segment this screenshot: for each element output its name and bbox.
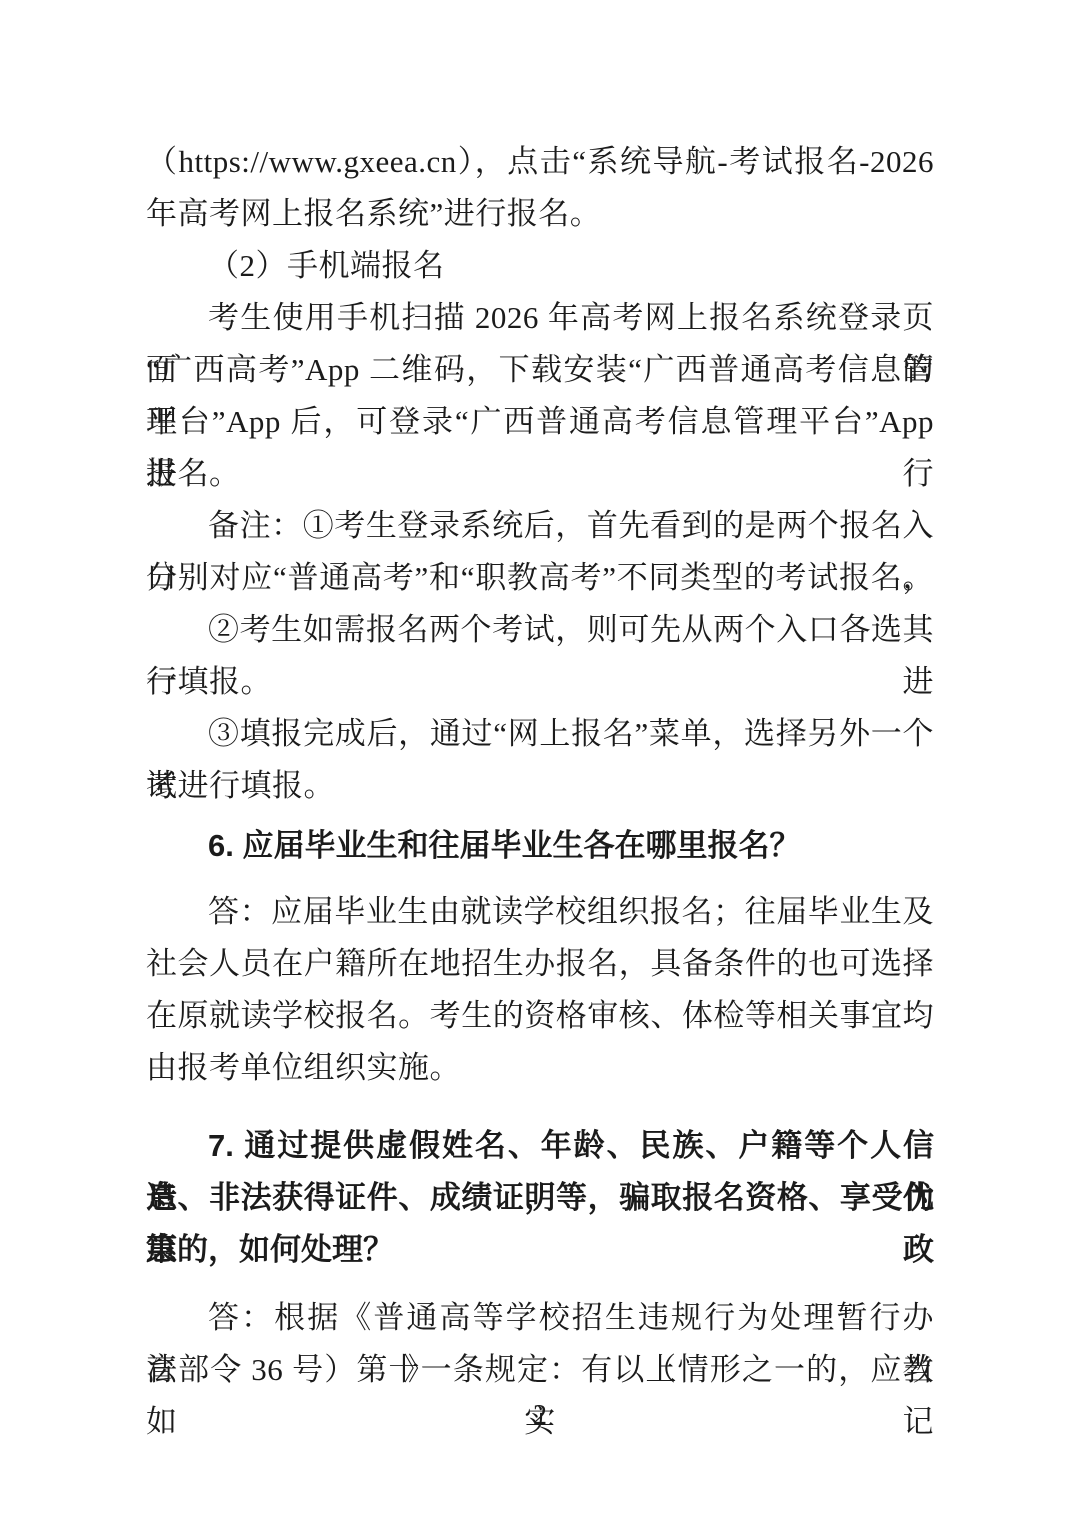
question-6-heading: 6. 应届毕业生和往届毕业生各在哪里报名？ xyxy=(146,820,934,872)
answer-7-line-2: 育部令 36 号）第十一条规定：有以上情形之一的，应当如实记 xyxy=(146,1344,934,1396)
document-body: （https://www.gxeea.cn），点击“系统导航-考试报名-2026… xyxy=(146,136,934,1396)
question-7-heading-line-2: 造、非法获得证件、成绩证明等，骗取报名资格、享受优惠政 xyxy=(146,1172,934,1224)
answer-6-line-3: 在原就读学校报名。考生的资格审核、体检等相关事宜均 xyxy=(146,990,934,1042)
answer-6-line-2: 社会人员在户籍所在地招生办报名，具备条件的也可选择 xyxy=(146,938,934,990)
mobile-registration-subheading: （2）手机端报名 xyxy=(146,240,934,292)
mobile-registration-line-1: 考生使用手机扫描 2026 年高考网上报名系统登录页面的 xyxy=(146,292,934,344)
note-1-line-1: 备注：①考生登录系统后，首先看到的是两个报名入口， xyxy=(146,500,934,552)
answer-7-line-1: 答：根据《普通高等学校招生违规行为处理暂行办法》（教 xyxy=(146,1292,934,1344)
mobile-registration-line-2: “广西高考”App 二维码，下载安装“广西普通高考信息管理 xyxy=(146,344,934,396)
note-3-line-1: ③填报完成后，通过“网上报名”菜单，选择另外一个考 xyxy=(146,708,934,760)
note-3-line-2: 试进行填报。 xyxy=(146,760,934,812)
question-7-heading-line-1: 7. 通过提供虚假姓名、年龄、民族、户籍等个人信息，伪 xyxy=(146,1120,934,1172)
mobile-registration-line-3: 平台”App 后，可登录“广西普通高考信息管理平台”App 进行 xyxy=(146,396,934,448)
document-page: （https://www.gxeea.cn），点击“系统导航-考试报名-2026… xyxy=(0,0,1080,1527)
web-registration-line-1: （https://www.gxeea.cn），点击“系统导航-考试报名-2026 xyxy=(146,136,934,188)
answer-6-line-1: 答：应届毕业生由就读学校组织报名；往届毕业生及 xyxy=(146,886,934,938)
answer-6-line-4: 由报考单位组织实施。 xyxy=(146,1042,934,1094)
note-1-line-2: 分别对应“普通高考”和“职教高考”不同类型的考试报名。 xyxy=(146,552,934,604)
page-number: 2 xyxy=(0,1396,1080,1436)
note-2-line-1: ②考生如需报名两个考试，则可先从两个入口各选其一进 xyxy=(146,604,934,656)
web-registration-line-2: 年高考网上报名系统”进行报名。 xyxy=(146,188,934,240)
